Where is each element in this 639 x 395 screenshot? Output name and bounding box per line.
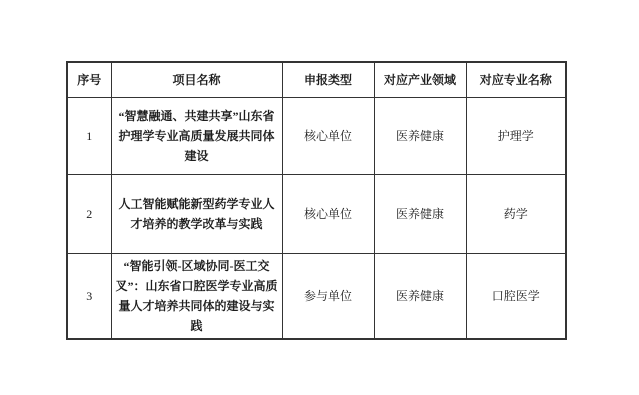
- cell-industry-field: 医养健康: [374, 254, 466, 340]
- cell-project-name: “智能引领-区域协同-医工交叉”：山东省口腔医学专业高质量人才培养共同体的建设与…: [111, 254, 282, 340]
- column-header-type: 申报类型: [282, 62, 374, 98]
- table-row: 2 人工智能赋能新型药学专业人才培养的教学改革与实践 核心单位 医养健康 药学: [67, 175, 566, 254]
- cell-project-name: 人工智能赋能新型药学专业人才培养的教学改革与实践: [111, 175, 282, 254]
- cell-row-number: 3: [67, 254, 111, 340]
- cell-row-number: 1: [67, 98, 111, 175]
- table-row: 3 “智能引领-区域协同-医工交叉”：山东省口腔医学专业高质量人才培养共同体的建…: [67, 254, 566, 340]
- cell-application-type: 核心单位: [282, 175, 374, 254]
- cell-major-name: 护理学: [466, 98, 566, 175]
- cell-major-name: 药学: [466, 175, 566, 254]
- cell-row-number: 2: [67, 175, 111, 254]
- cell-project-name: “智慧融通、共建共享”山东省护理学专业高质量发展共同体建设: [111, 98, 282, 175]
- table-row: 1 “智慧融通、共建共享”山东省护理学专业高质量发展共同体建设 核心单位 医养健…: [67, 98, 566, 175]
- column-header-major: 对应专业名称: [466, 62, 566, 98]
- document-page: 序号 项目名称 申报类型 对应产业领域 对应专业名称 1 “智慧融通、共建共享”…: [0, 0, 639, 395]
- cell-application-type: 核心单位: [282, 98, 374, 175]
- cell-industry-field: 医养健康: [374, 98, 466, 175]
- projects-table: 序号 项目名称 申报类型 对应产业领域 对应专业名称 1 “智慧融通、共建共享”…: [66, 61, 567, 340]
- cell-application-type: 参与单位: [282, 254, 374, 340]
- column-header-no: 序号: [67, 62, 111, 98]
- column-header-industry: 对应产业领域: [374, 62, 466, 98]
- cell-industry-field: 医养健康: [374, 175, 466, 254]
- cell-major-name: 口腔医学: [466, 254, 566, 340]
- table-header-row: 序号 项目名称 申报类型 对应产业领域 对应专业名称: [67, 62, 566, 98]
- column-header-project: 项目名称: [111, 62, 282, 98]
